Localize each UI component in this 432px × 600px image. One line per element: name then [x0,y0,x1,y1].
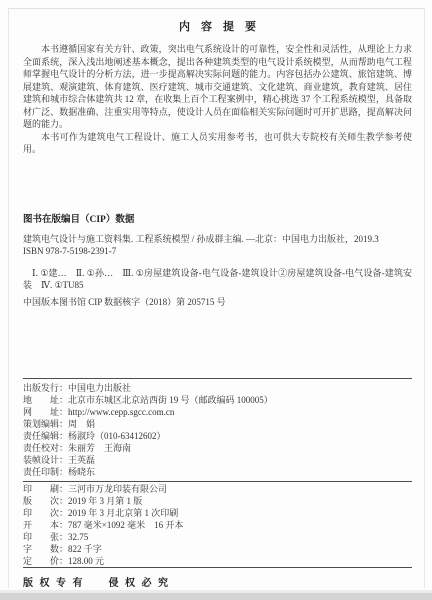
printing-info-row: 开 本：787 毫米×1092 毫米 16 开本 [23,519,412,531]
info-row-label: 定 价： [23,556,68,566]
divider-top [23,378,412,379]
printing-info-row: 印 次：2019 年 3 月北京第 1 次印刷 [23,507,412,519]
info-row-label: 字 数： [23,544,68,554]
divider-middle [23,481,412,482]
publisher-info-row: 网 址：http://www.cepp.sgcc.com.cn [23,406,412,418]
printing-info-row: 版 次：2019 年 3 月第 1 版 [23,495,412,507]
info-row-value: 822 千字 [68,544,102,554]
summary-section: 内 容 提 要 本书遵循国家有关方针、政策，突出电气系统设计的可靠性，安全性和灵… [23,21,412,156]
info-row-label: 印 张： [23,532,68,542]
publisher-info-row: 责任印制：杨晓东 [23,466,412,478]
publisher-info-row: 装帧设计：王英磊 [23,454,412,466]
copyright-notice: 版 权 专 有 侵 权 必 究 [23,577,412,590]
printing-info-row: 定 价：128.00 元 [23,555,412,567]
page-edge-top [8,8,425,9]
info-row-label: 责任编辑： [23,431,68,441]
info-row-label: 印 刷： [23,484,68,494]
info-row-label: 网 址： [23,407,68,417]
info-row-value: 128.00 元 [68,556,104,566]
publisher-info-row: 地 址：北京市东城区北京站西街 19 号（邮政编码 100005） [23,394,412,406]
printing-info-row: 印 张：32.75 [23,531,412,543]
cip-classification: Ⅰ. ①建… Ⅱ. ①孙… Ⅲ. ①房屋建筑设备-电气设备-建筑设计②房屋建筑设… [23,267,412,292]
info-row-label: 地 址： [23,395,68,405]
book-copyright-page: 内 容 提 要 本书遵循国家有关方针、政策，突出电气系统设计的可靠性，安全性和灵… [0,0,432,600]
info-row-value: 2019 年 3 月北京第 1 次印刷 [68,508,178,518]
info-row-label: 出版发行： [23,383,68,393]
publisher-info-block: 出版发行：中国电力出版社 地 址：北京市东城区北京站西街 19 号（邮政编码 1… [23,382,412,478]
cip-heading: 图书在版编目（CIP）数据 [23,214,412,226]
cip-section: 图书在版编目（CIP）数据 建筑电气设计与施工资料集. 工程系统模型 / 孙成群… [23,214,412,309]
summary-title: 内 容 提 要 [23,21,412,34]
info-row-value: 787 毫米×1092 毫米 16 开本 [68,520,183,530]
info-row-value: 中国电力出版社 [68,383,131,393]
info-row-value: 朱丽芳 王海南 [68,443,131,453]
info-row-value: 周 娟 [68,419,95,429]
summary-paragraph-2: 本书可作为建筑电气工程设计、施工人员实用参考书，也可供大专院校有关师生教学参考使… [23,131,412,156]
publisher-info-row: 策划编辑：周 娟 [23,418,412,430]
cip-registry-number: 中国版本图书馆 CIP 数据核字（2018）第 205715 号 [23,296,412,309]
summary-paragraph-1: 本书遵循国家有关方针、政策，突出电气系统设计的可靠性，安全性和灵活性，从理论上力… [23,43,412,131]
page-content: 内 容 提 要 本书遵循国家有关方针、政策，突出电气系统设计的可靠性，安全性和灵… [0,21,432,600]
info-row-value: 32.75 [68,532,88,542]
info-row-label: 策划编辑： [23,419,68,429]
info-row-value: 杨淑玲（010-63412602） [68,431,166,441]
publisher-info-row: 责任编辑：杨淑玲（010-63412602） [23,430,412,442]
info-row-label: 责任校对： [23,443,68,453]
page-edge-bottom [0,593,432,600]
printing-info-row: 印 刷：三河市万龙印装有限公司 [23,483,412,495]
info-row-label: 责任印制： [23,467,68,477]
info-row-value: http://www.cepp.sgcc.com.cn [68,407,174,417]
info-row-value: 2019 年 3 月第 1 版 [68,496,142,506]
info-row-value: 三河市万龙印装有限公司 [68,484,167,494]
cip-isbn: ISBN 978-7-5198-2391-7 [23,245,412,258]
info-row-value: 杨晓东 [68,467,95,477]
info-row-label: 开 本： [23,520,68,530]
info-row-value: 北京市东城区北京站西街 19 号（邮政编码 100005） [68,395,273,405]
cip-book-title: 建筑电气设计与施工资料集. 工程系统模型 / 孙成群主编. —北京：中国电力出版… [23,233,412,246]
info-row-label: 版 次： [23,496,68,506]
printing-info-block: 印 刷：三河市万龙印装有限公司 版 次：2019 年 3 月第 1 版 印 次：… [23,483,412,567]
publisher-info-row: 责任校对：朱丽芳 王海南 [23,442,412,454]
info-row-label: 装帧设计： [23,455,68,465]
info-row-label: 印 次： [23,508,68,518]
printing-info-row: 字 数：822 千字 [23,543,412,555]
publisher-info-row: 出版发行：中国电力出版社 [23,382,412,394]
divider-bottom [23,567,412,568]
info-row-value: 王英磊 [68,455,95,465]
